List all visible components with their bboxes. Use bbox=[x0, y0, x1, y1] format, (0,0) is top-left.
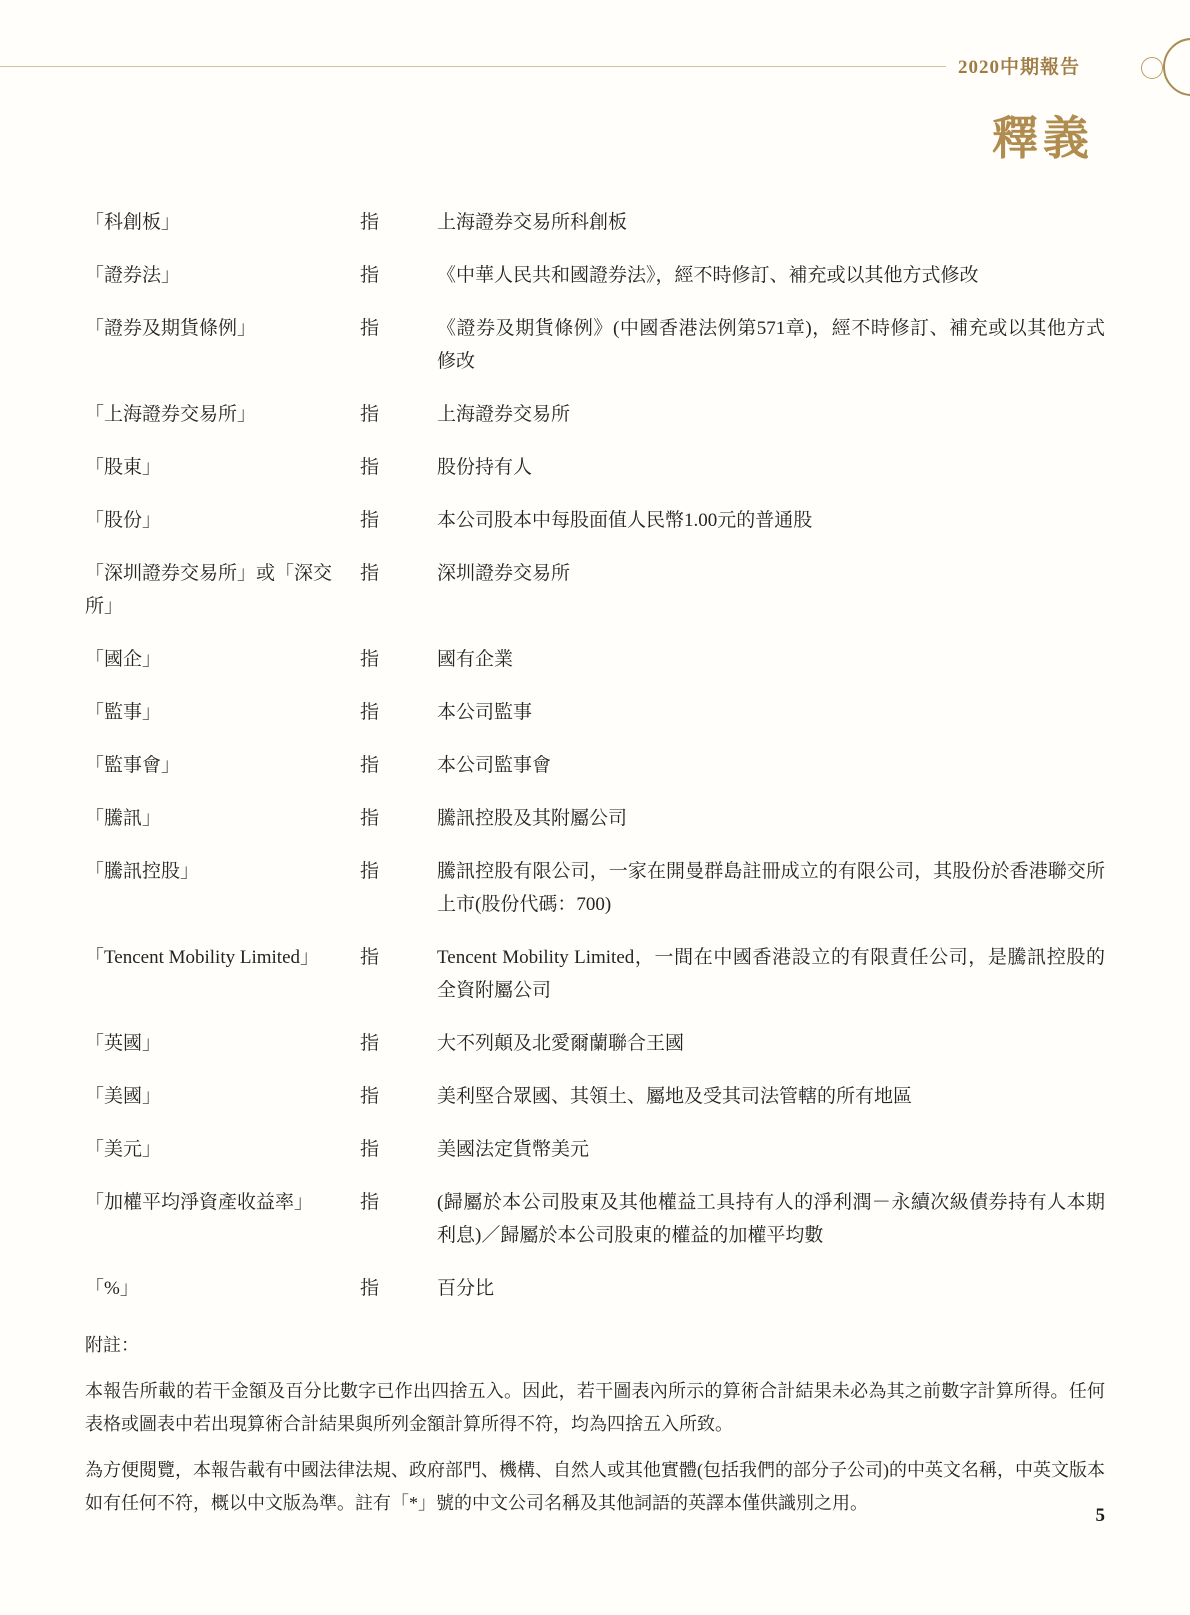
definition-connector: 指 bbox=[360, 259, 437, 292]
definition-text: 美國法定貨幣美元 bbox=[437, 1133, 1105, 1166]
definition-connector: 指 bbox=[360, 855, 437, 921]
definition-row: 「英國」 指 大不列顛及北愛爾蘭聯合王國 bbox=[85, 1027, 1105, 1060]
note-paragraph-rounding: 本報告所載的若干金額及百分比數字已作出四捨五入。因此，若干圖表內所示的算術合計結… bbox=[85, 1375, 1105, 1441]
page-title: 釋義 bbox=[992, 102, 1094, 168]
definition-term: 「股東」 bbox=[85, 451, 360, 484]
definition-row: 「深圳證券交易所」或「深交所」 指 深圳證券交易所 bbox=[85, 557, 1105, 623]
definition-row: 「監事」 指 本公司監事 bbox=[85, 696, 1105, 729]
definition-term: 「騰訊控股」 bbox=[85, 855, 360, 921]
definition-row: 「股份」 指 本公司股本中每股面值人民幣1.00元的普通股 bbox=[85, 504, 1105, 537]
definition-connector: 指 bbox=[360, 1027, 437, 1060]
note-paragraph-translation: 為方便閱覽，本報告載有中國法律法規、政府部門、機構、自然人或其他實體(包括我們的… bbox=[85, 1454, 1105, 1520]
definition-text: 百分比 bbox=[437, 1272, 1105, 1305]
definition-connector: 指 bbox=[360, 557, 437, 623]
definition-term: 「騰訊」 bbox=[85, 802, 360, 835]
definition-row: 「上海證券交易所」 指 上海證券交易所 bbox=[85, 398, 1105, 431]
definition-term: 「監事會」 bbox=[85, 749, 360, 782]
definition-text: 騰訊控股有限公司，一家在開曼群島註冊成立的有限公司，其股份於香港聯交所上市(股份… bbox=[437, 855, 1105, 921]
definition-row: 「騰訊控股」 指 騰訊控股有限公司，一家在開曼群島註冊成立的有限公司，其股份於香… bbox=[85, 855, 1105, 921]
definition-connector: 指 bbox=[360, 941, 437, 1007]
definition-connector: 指 bbox=[360, 312, 437, 378]
definition-connector: 指 bbox=[360, 398, 437, 431]
header-rule bbox=[0, 66, 946, 67]
page-number: 5 bbox=[1096, 1505, 1106, 1527]
definition-connector: 指 bbox=[360, 643, 437, 676]
definition-connector: 指 bbox=[360, 451, 437, 484]
definition-text: 本公司監事 bbox=[437, 696, 1105, 729]
definition-row: 「證券法」 指 《中華人民共和國證券法》，經不時修訂、補充或以其他方式修改 bbox=[85, 259, 1105, 292]
definition-text: 騰訊控股及其附屬公司 bbox=[437, 802, 1105, 835]
definition-connector: 指 bbox=[360, 749, 437, 782]
definition-text: 本公司監事會 bbox=[437, 749, 1105, 782]
definition-row: 「加權平均淨資產收益率」 指 (歸屬於本公司股東及其他權益工具持有人的淨利潤－永… bbox=[85, 1186, 1105, 1252]
definition-term: 「上海證券交易所」 bbox=[85, 398, 360, 431]
definition-connector: 指 bbox=[360, 1186, 437, 1252]
definition-term: 「國企」 bbox=[85, 643, 360, 676]
definition-row: 「美國」 指 美利堅合眾國、其領土、屬地及受其司法管轄的所有地區 bbox=[85, 1080, 1105, 1113]
definition-connector: 指 bbox=[360, 504, 437, 537]
definition-connector: 指 bbox=[360, 206, 437, 239]
definition-row: 「%」 指 百分比 bbox=[85, 1272, 1105, 1305]
definition-term: 「美元」 bbox=[85, 1133, 360, 1166]
definition-term: 「Tencent Mobility Limited」 bbox=[85, 941, 360, 1007]
definition-row: 「騰訊」 指 騰訊控股及其附屬公司 bbox=[85, 802, 1105, 835]
definition-row: 「股東」 指 股份持有人 bbox=[85, 451, 1105, 484]
definition-row: 「國企」 指 國有企業 bbox=[85, 643, 1105, 676]
notes-label: 附註： bbox=[85, 1329, 1105, 1362]
definition-term: 「證券法」 bbox=[85, 259, 360, 292]
definition-term: 「加權平均淨資產收益率」 bbox=[85, 1186, 360, 1252]
definition-text: 上海證券交易所 bbox=[437, 398, 1105, 431]
definition-text: 《中華人民共和國證券法》，經不時修訂、補充或以其他方式修改 bbox=[437, 259, 1105, 292]
definition-text: Tencent Mobility Limited，一間在中國香港設立的有限責任公… bbox=[437, 941, 1105, 1007]
definition-text: 國有企業 bbox=[437, 643, 1105, 676]
definition-term: 「深圳證券交易所」或「深交所」 bbox=[85, 557, 360, 623]
definition-term: 「%」 bbox=[85, 1272, 360, 1305]
definition-term: 「證券及期貨條例」 bbox=[85, 312, 360, 378]
definition-term: 「科創板」 bbox=[85, 206, 360, 239]
definition-text: 上海證券交易所科創板 bbox=[437, 206, 1105, 239]
definition-text: 大不列顛及北愛爾蘭聯合王國 bbox=[437, 1027, 1105, 1060]
definition-term: 「監事」 bbox=[85, 696, 360, 729]
definition-row: 「科創板」 指 上海證券交易所科創板 bbox=[85, 206, 1105, 239]
definitions-list: 「科創板」 指 上海證券交易所科創板 「證券法」 指 《中華人民共和國證券法》，… bbox=[85, 206, 1105, 1520]
definition-text: 美利堅合眾國、其領土、屬地及受其司法管轄的所有地區 bbox=[437, 1080, 1105, 1113]
definition-text: 股份持有人 bbox=[437, 451, 1105, 484]
decorative-circle-small-icon bbox=[1141, 57, 1163, 79]
definition-row: 「Tencent Mobility Limited」 指 Tencent Mob… bbox=[85, 941, 1105, 1007]
definition-text: 本公司股本中每股面值人民幣1.00元的普通股 bbox=[437, 504, 1105, 537]
definition-row: 「監事會」 指 本公司監事會 bbox=[85, 749, 1105, 782]
definition-connector: 指 bbox=[360, 802, 437, 835]
definition-connector: 指 bbox=[360, 1272, 437, 1305]
report-page: 2020中期報告 釋義 「科創板」 指 上海證券交易所科創板 「證券法」 指 《… bbox=[0, 0, 1190, 1615]
definition-text: 《證券及期貨條例》(中國香港法例第571章)，經不時修訂、補充或以其他方式修改 bbox=[437, 312, 1105, 378]
definition-term: 「股份」 bbox=[85, 504, 360, 537]
definition-term: 「美國」 bbox=[85, 1080, 360, 1113]
definition-text: (歸屬於本公司股東及其他權益工具持有人的淨利潤－永續次級債券持有人本期利息)／歸… bbox=[437, 1186, 1105, 1252]
definition-connector: 指 bbox=[360, 1133, 437, 1166]
definition-term: 「英國」 bbox=[85, 1027, 360, 1060]
definition-connector: 指 bbox=[360, 1080, 437, 1113]
report-title: 2020中期報告 bbox=[958, 52, 1080, 79]
definition-row: 「證券及期貨條例」 指 《證券及期貨條例》(中國香港法例第571章)，經不時修訂… bbox=[85, 312, 1105, 378]
definition-connector: 指 bbox=[360, 696, 437, 729]
definition-text: 深圳證券交易所 bbox=[437, 557, 1105, 623]
decorative-circle-large-icon bbox=[1163, 38, 1190, 96]
definition-row: 「美元」 指 美國法定貨幣美元 bbox=[85, 1133, 1105, 1166]
